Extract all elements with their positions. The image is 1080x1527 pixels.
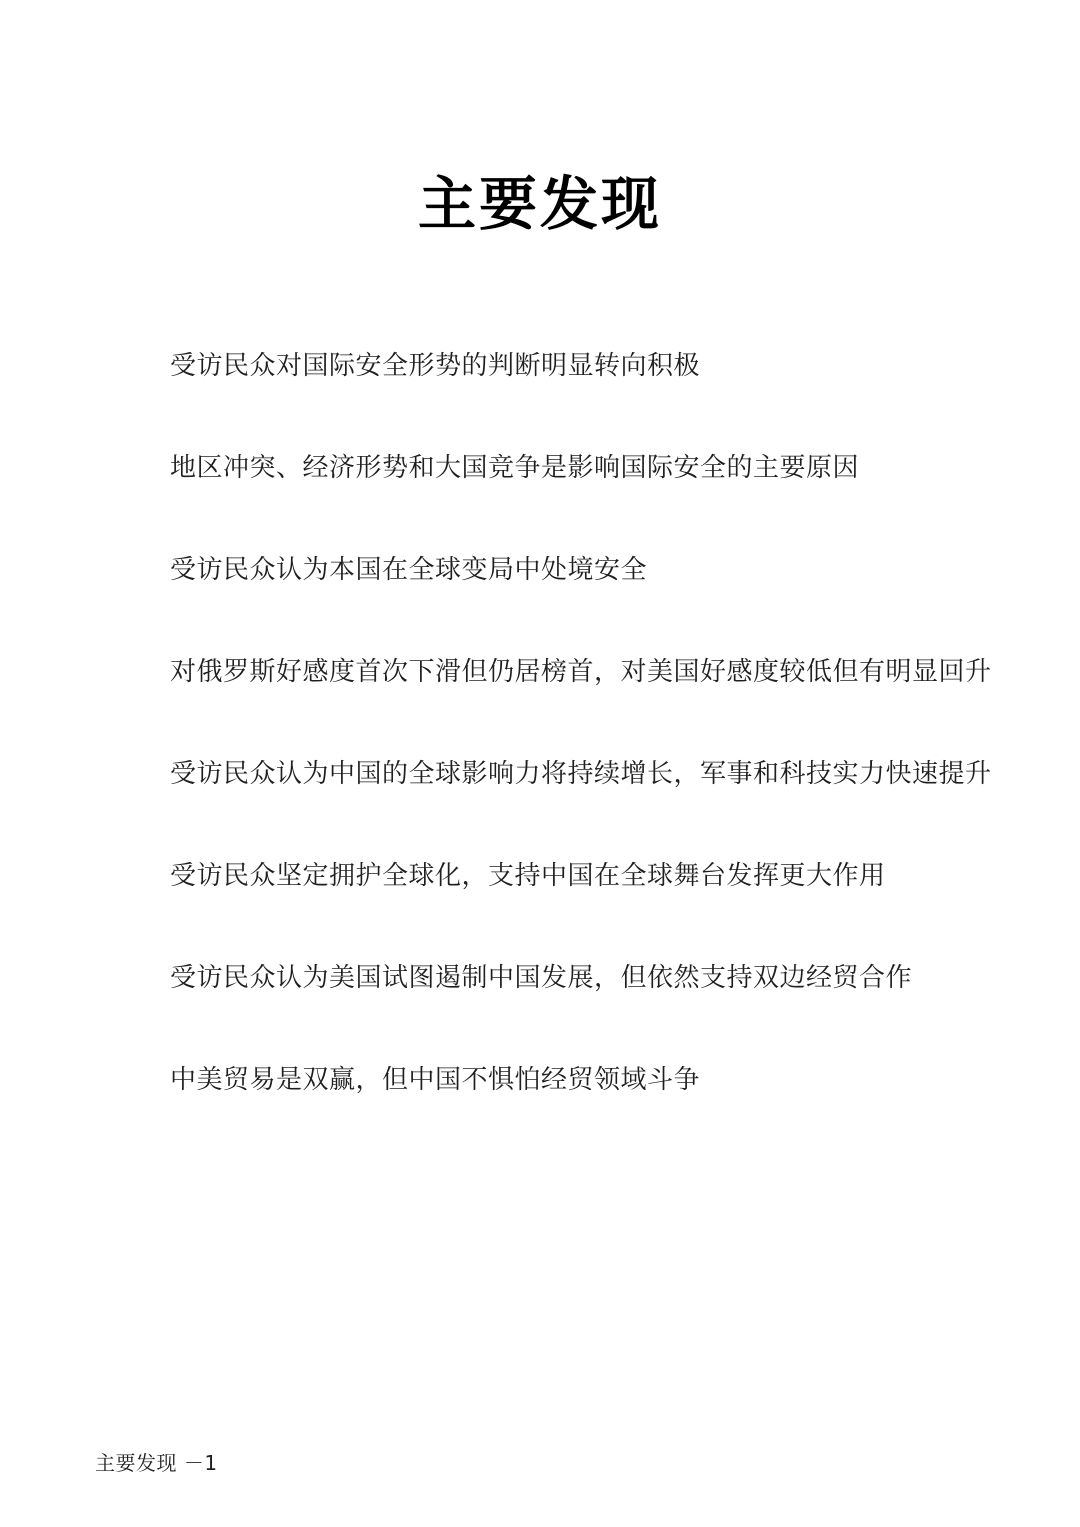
finding-item: 中美贸易是双赢，但中国不惧怕经贸领域斗争 bbox=[170, 1065, 1020, 1096]
page-title: 主要发现 bbox=[0, 172, 1080, 236]
finding-item: 受访民众坚定拥护全球化，支持中国在全球舞台发挥更大作用 bbox=[170, 861, 1020, 892]
finding-item: 地区冲突、经济形势和大国竞争是影响国际安全的主要原因 bbox=[170, 453, 1020, 484]
page-footer: 主要发现 －1 bbox=[95, 1450, 218, 1476]
finding-item: 受访民众对国际安全形势的判断明显转向积极 bbox=[170, 351, 1020, 382]
finding-item: 受访民众认为中国的全球影响力将持续增长，军事和科技实力快速提升 bbox=[170, 759, 1020, 790]
findings-list: 受访民众对国际安全形势的判断明显转向积极 地区冲突、经济形势和大国竞争是影响国际… bbox=[170, 351, 1020, 1096]
finding-item: 受访民众认为本国在全球变局中处境安全 bbox=[170, 555, 1020, 586]
finding-item: 受访民众认为美国试图遏制中国发展，但依然支持双边经贸合作 bbox=[170, 963, 1020, 994]
finding-item: 对俄罗斯好感度首次下滑但仍居榜首，对美国好感度较低但有明显回升 bbox=[170, 657, 1020, 688]
document-page: 主要发现 受访民众对国际安全形势的判断明显转向积极 地区冲突、经济形势和大国竞争… bbox=[0, 0, 1080, 1527]
